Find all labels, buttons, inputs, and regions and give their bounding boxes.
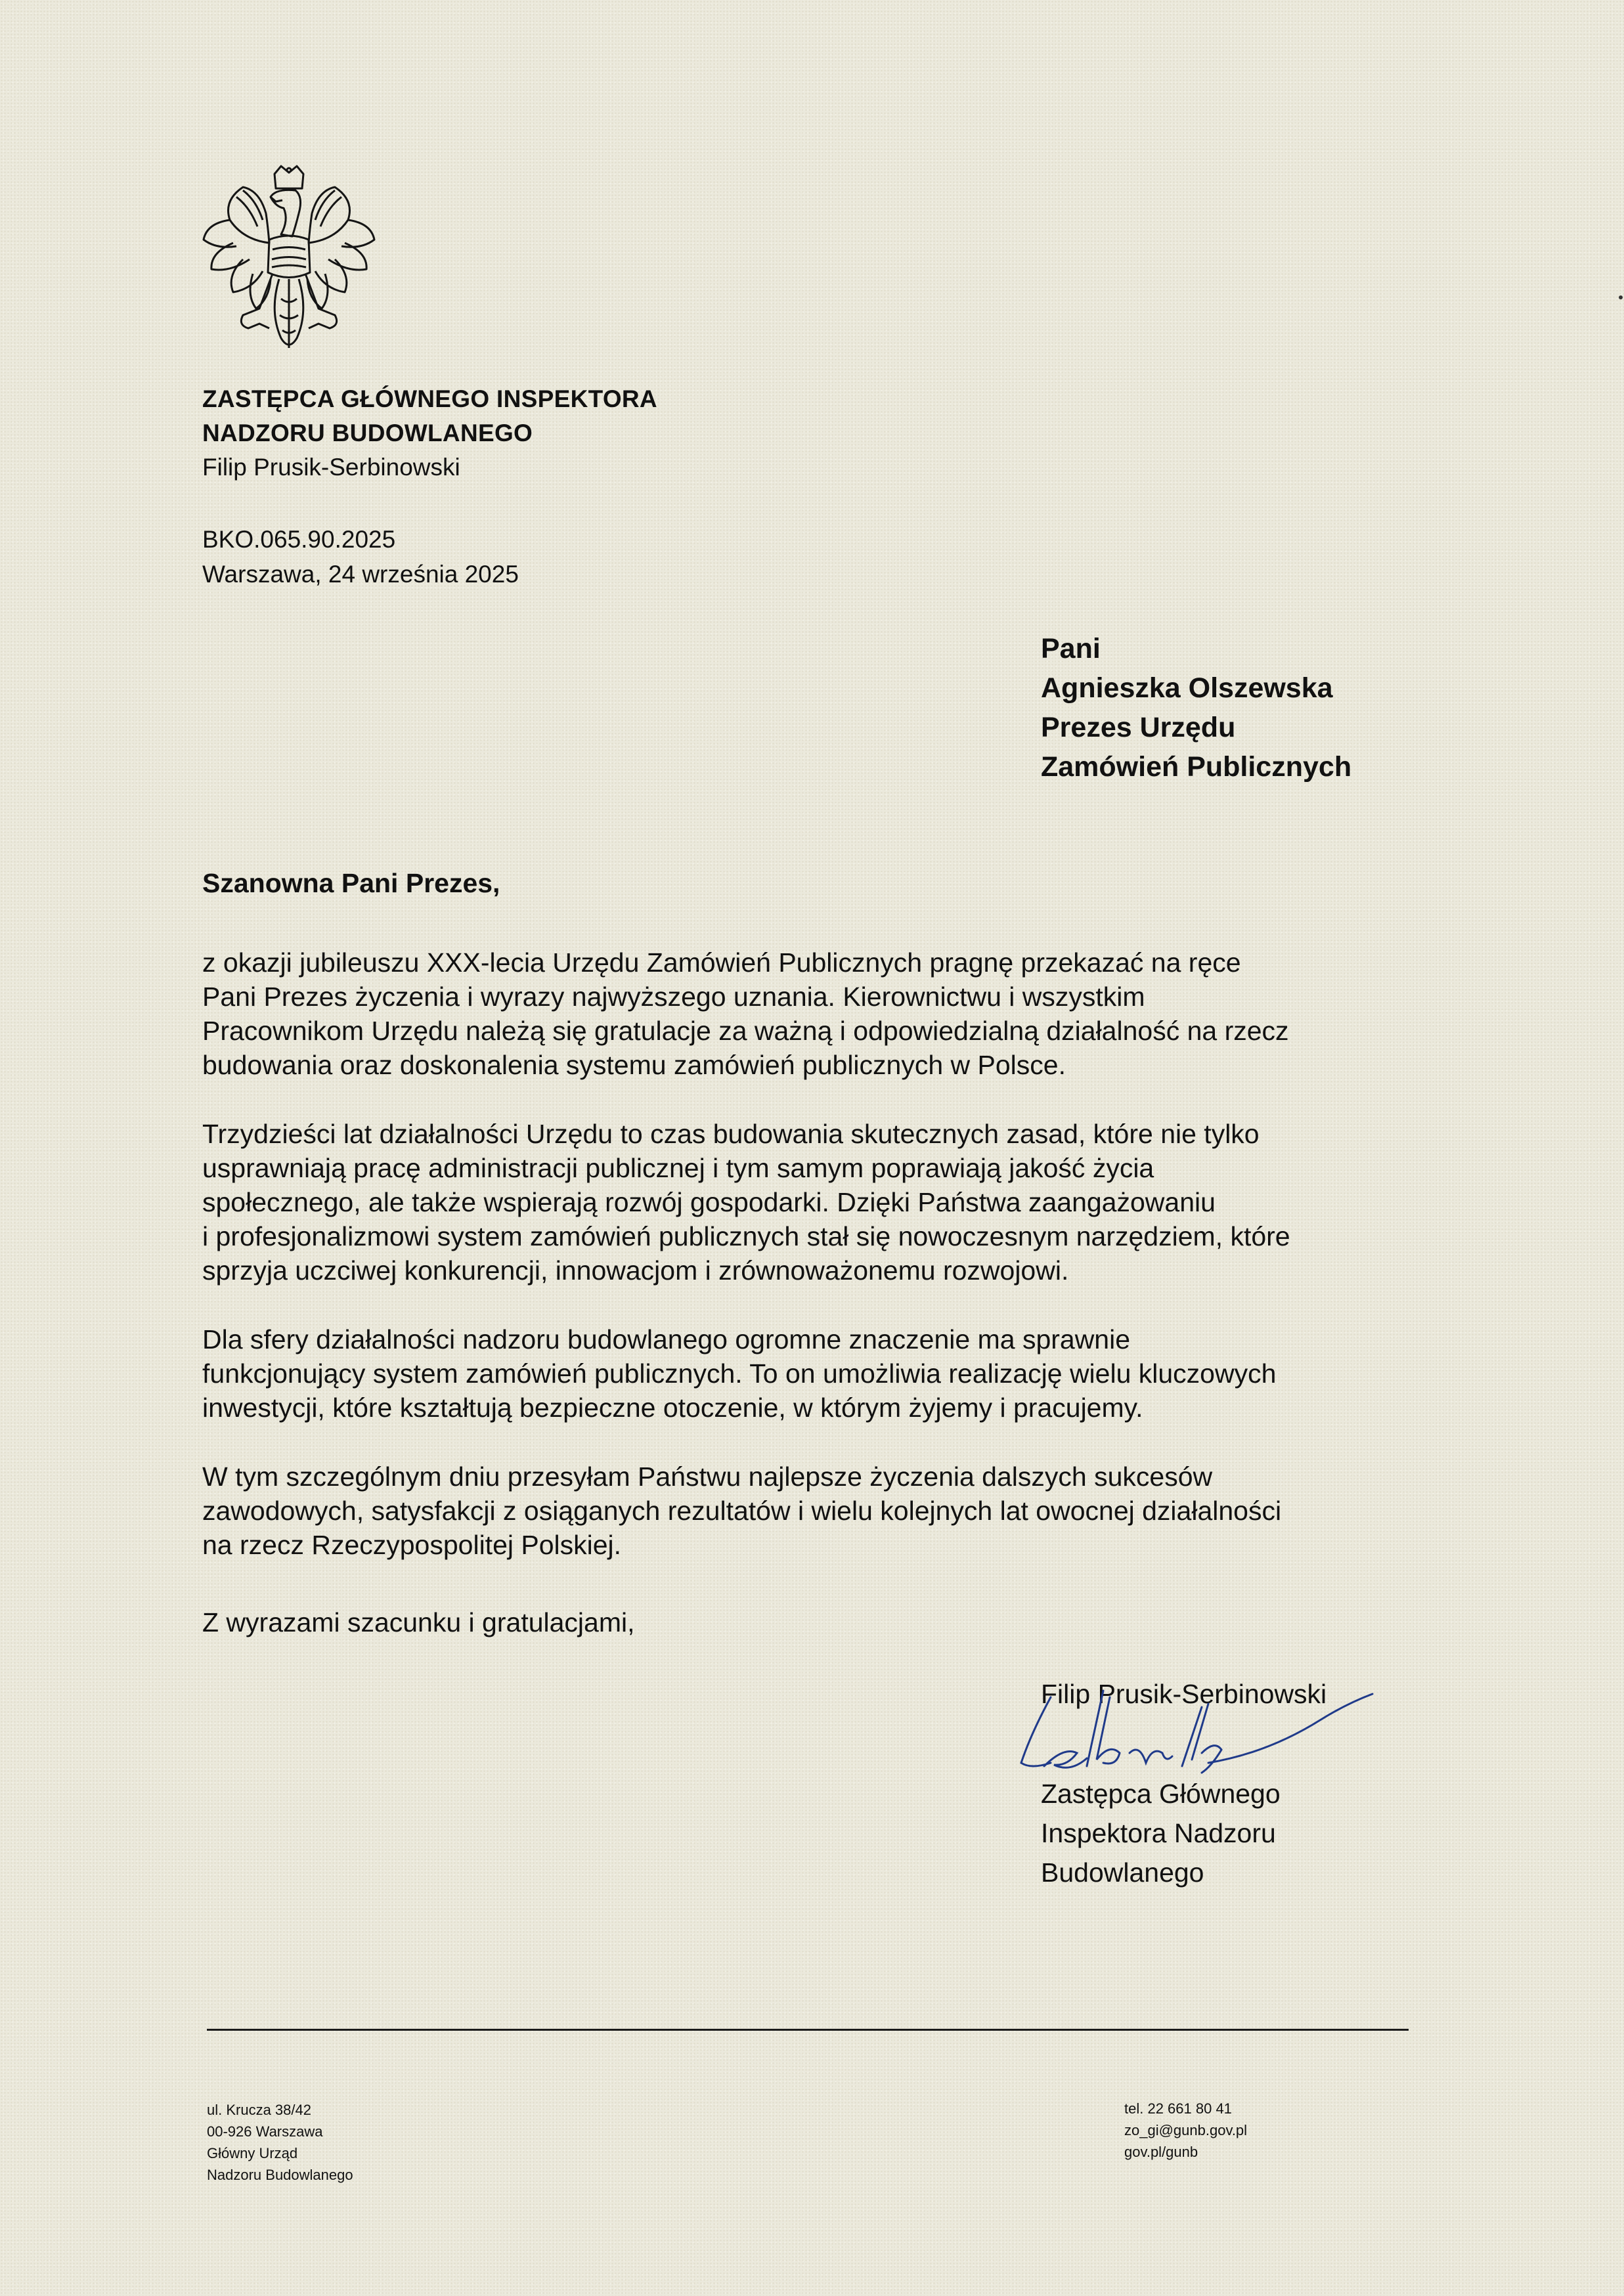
address-line: Nadzoru Budowlanego xyxy=(207,2164,353,2186)
text-line: Trzydzieści lat działalności Urzędu to c… xyxy=(202,1117,1411,1151)
sender-name: Filip Prusik-Serbinowski xyxy=(202,450,657,485)
address-line: ul. Krucza 38/42 xyxy=(207,2099,353,2121)
phone-number: tel. 22 661 80 41 xyxy=(1124,2098,1247,2119)
letter-body: z okazji jubileuszu XXX-lecia Urzędu Zam… xyxy=(202,945,1411,1597)
recipient-line: Prezes Urzędu xyxy=(1041,708,1351,747)
footer-divider xyxy=(207,2029,1409,2031)
paragraph: W tym szczególnym dniu przesyłam Państwu… xyxy=(202,1460,1411,1562)
text-line: W tym szczególnym dniu przesyłam Państwu… xyxy=(202,1460,1411,1494)
text-line: budowania oraz doskonalenia systemu zamó… xyxy=(202,1048,1411,1082)
sender-title-line2: NADZORU BUDOWLANEGO xyxy=(202,416,657,450)
closing-phrase: Z wyrazami szacunku i gratulacjami, xyxy=(202,1607,634,1638)
text-line: Dla sfery działalności nadzoru budowlane… xyxy=(202,1322,1411,1356)
place-date: Warszawa, 24 września 2025 xyxy=(202,557,519,592)
text-line: społecznego, ale także wspierają rozwój … xyxy=(202,1185,1411,1219)
paragraph: z okazji jubileuszu XXX-lecia Urzędu Zam… xyxy=(202,945,1411,1082)
text-line: z okazji jubileuszu XXX-lecia Urzędu Zam… xyxy=(202,945,1411,980)
text-line: Pracownikom Urzędu należą się gratulacje… xyxy=(202,1014,1411,1048)
website-link[interactable]: gov.pl/gunb xyxy=(1124,2141,1247,2163)
signature-block: Filip Prusik-Serbinowski Zastępca Główne… xyxy=(1041,1674,1327,1892)
footer-contact: tel. 22 661 80 41 zo_gi@gunb.gov.pl gov.… xyxy=(1124,2098,1247,2163)
polish-eagle-emblem-icon xyxy=(197,161,381,358)
text-line: Pani Prezes życzenia i wyrazy najwyższeg… xyxy=(202,980,1411,1014)
email-link[interactable]: zo_gi@gunb.gov.pl xyxy=(1124,2119,1247,2141)
scan-edge-mark xyxy=(1619,295,1623,299)
text-line: na rzecz Rzeczypospolitej Polskiej. xyxy=(202,1528,1411,1562)
reference-block: BKO.065.90.2025 Warszawa, 24 września 20… xyxy=(202,522,519,592)
text-line: funkcjonujący system zamówień publicznyc… xyxy=(202,1356,1411,1391)
signatory-name: Filip Prusik-Serbinowski xyxy=(1041,1674,1327,1714)
signatory-title-line: Budowlanego xyxy=(1041,1853,1327,1892)
salutation: Szanowna Pani Prezes, xyxy=(202,868,500,899)
paragraph: Trzydzieści lat działalności Urzędu to c… xyxy=(202,1117,1411,1288)
recipient-line: Zamówień Publicznych xyxy=(1041,747,1351,787)
recipient-block: Pani Agnieszka Olszewska Prezes Urzędu Z… xyxy=(1041,629,1351,787)
text-line: i profesjonalizmowi system zamówień publ… xyxy=(202,1219,1411,1253)
paragraph: Dla sfery działalności nadzoru budowlane… xyxy=(202,1322,1411,1425)
address-line: Główny Urząd xyxy=(207,2142,353,2164)
sender-header: ZASTĘPCA GŁÓWNEGO INSPEKTORA NADZORU BUD… xyxy=(202,382,657,485)
sender-title-line1: ZASTĘPCA GŁÓWNEGO INSPEKTORA xyxy=(202,382,657,416)
address-line: 00-926 Warszawa xyxy=(207,2121,353,2142)
text-line: inwestycji, które kształtują bezpieczne … xyxy=(202,1391,1411,1425)
signatory-title-line: Inspektora Nadzoru xyxy=(1041,1813,1327,1853)
text-line: usprawniają pracę administracji publiczn… xyxy=(202,1151,1411,1185)
reference-number: BKO.065.90.2025 xyxy=(202,522,519,557)
signatory-title-line: Zastępca Głównego xyxy=(1041,1774,1327,1813)
text-line: sprzyja uczciwej konkurencji, innowacjom… xyxy=(202,1253,1411,1288)
footer-address: ul. Krucza 38/42 00-926 Warszawa Główny … xyxy=(207,2099,353,2186)
text-line: zawodowych, satysfakcji z osiąganych rez… xyxy=(202,1494,1411,1528)
recipient-line: Agnieszka Olszewska xyxy=(1041,668,1351,708)
recipient-line: Pani xyxy=(1041,629,1351,668)
